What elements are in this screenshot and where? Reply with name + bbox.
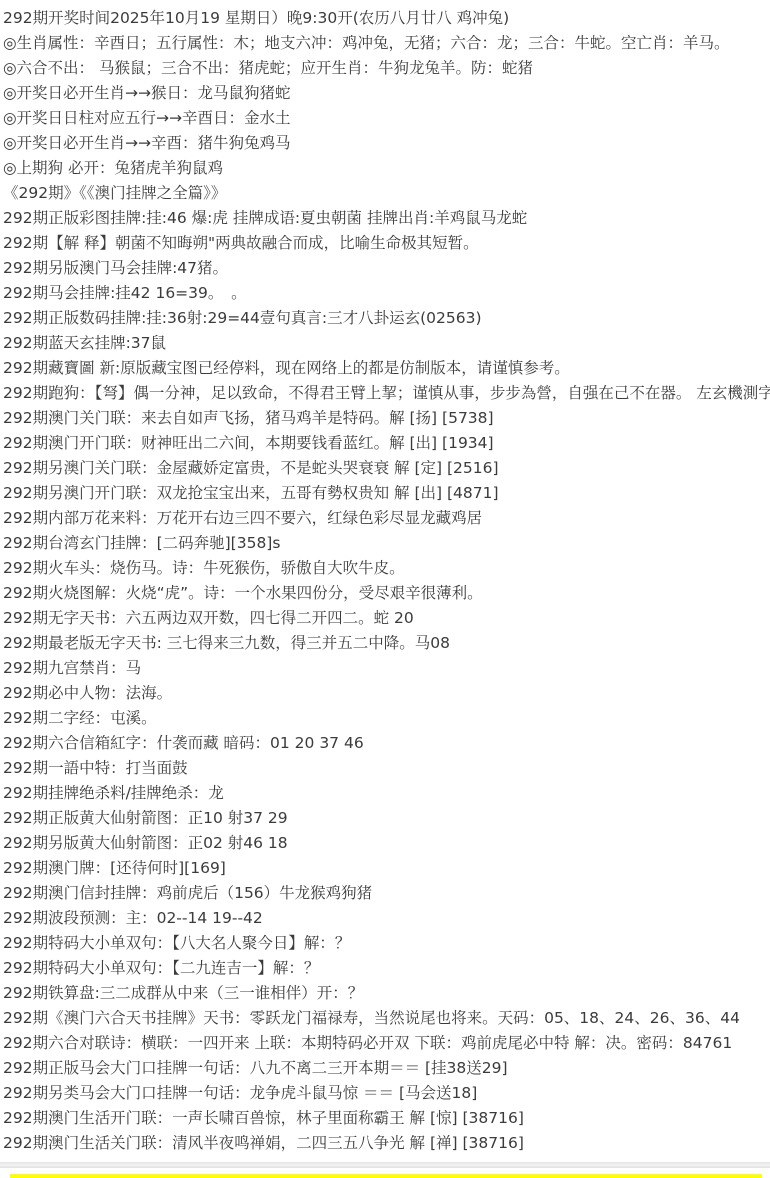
text-line: 《292期》《《澳门挂牌之全篇》》 xyxy=(3,181,770,206)
text-line: 292期另类马会大门口挂牌一句话：龙争虎斗鼠马惊 ＝＝ [马会送18] xyxy=(3,1081,770,1106)
text-line: ◎开奖日必开生肖→→猴日：龙马鼠狗猪蛇 xyxy=(3,81,770,106)
text-line: 292期【解 释】朝菌不知晦朔"两典故融合而成，比喻生命极其短暂。 xyxy=(3,231,770,256)
text-line: 292期波段预测：主：02--14 19--42 xyxy=(3,906,770,931)
text-line: 292期铁算盘:三二成群从中来（三一谁相伴）开：？ xyxy=(3,981,770,1006)
text-line: 292期无字天书：六五两边双开数，四七得二开四二。蛇 20 xyxy=(3,606,770,631)
text-line: 292期《澳门六合天书挂牌》天书：零跃龙门福禄寿，当然说尾也将来。天码：05、1… xyxy=(3,1006,770,1031)
text-line: 292期马会挂牌:挂42 16=39。 。 xyxy=(3,281,770,306)
text-line: 292期火烧图解：火烧“虎”。诗：一个水果四份分，受尽艰辛很薄利。 xyxy=(3,581,770,606)
bottom-highlight-bar xyxy=(10,1174,762,1178)
text-line: ◎开奖日日柱对应五行→→辛酉日：金水土 xyxy=(3,106,770,131)
text-line: 292期台湾玄门挂牌：[二码奔驰][358]s xyxy=(3,531,770,556)
text-line: 292期正版黄大仙射箭图：正10 射37 29 xyxy=(3,806,770,831)
text-line: 292期二字经：屯溪。 xyxy=(3,706,770,731)
text-line: 292期另版黄大仙射箭图：正02 射46 18 xyxy=(3,831,770,856)
text-line: 292期特码大小单双句：【二九连吉一】解：？ xyxy=(3,956,770,981)
text-line: 292期另澳门关门联：金屋藏娇定富贵，不是蛇头哭衰衰 解 [定] [2516] xyxy=(3,456,770,481)
text-line: 292期澳门牌：[还待何时][169] xyxy=(3,856,770,881)
text-line: 292期最老版无字天书: 三七得来三九数，得三并五二中降。马08 xyxy=(3,631,770,656)
text-line: 292期特码大小单双句：【八大名人聚今日】解：？ xyxy=(3,931,770,956)
text-line: 292期另版澳门马会挂牌:47猪。 xyxy=(3,256,770,281)
text-line: 292期正版彩图挂牌:挂:46 爆:虎 挂牌成语:夏虫朝菌 挂牌出肖:羊鸡鼠马龙… xyxy=(3,206,770,231)
page: { "page": { "title": "292期澳门挂牌之全篇", "tex… xyxy=(0,0,770,1178)
text-line: 292期蓝天玄挂牌:37鼠 xyxy=(3,331,770,356)
text-line: ◎生肖属性：辛酉日；五行属性：木；地支六冲：鸡冲兔，无猪；六合：龙；三合：牛蛇。… xyxy=(3,31,770,56)
text-line: 292期六合信箱紅字：什袭而藏 暗码：01 20 37 46 xyxy=(3,731,770,756)
text-line: ◎开奖日必开生肖→→辛酉：猪牛狗兔鸡马 xyxy=(3,131,770,156)
text-content: 292期开奖时间2025年10月19 星期日）晚9:30开(农历八月廿八 鸡冲兔… xyxy=(0,0,770,1156)
text-line: 292期澳门信封挂牌：鸡前虎后（156）牛龙猴鸡狗猪 xyxy=(3,881,770,906)
text-line: 292期澳门生活开门联：一声长啸百兽惊，林子里面称霸王 解 [惊] [38716… xyxy=(3,1106,770,1131)
text-line: 292期内部万花来料：万花开右边三四不要六，红绿色彩尽显龙藏鸡居 xyxy=(3,506,770,531)
text-line: 292期开奖时间2025年10月19 星期日）晚9:30开(农历八月廿八 鸡冲兔… xyxy=(3,6,770,31)
text-line: 292期六合对联诗：横联：一四开来 上联：本期特码必开双 下联：鸡前虎尾必中特 … xyxy=(3,1031,770,1056)
text-line: 292期澳门关门联：来去自如声飞扬，猪马鸡羊是特码。解 [扬] [5738] xyxy=(3,406,770,431)
text-line: 292期正版数码挂牌:挂:36射:29=44壹句真言:三才八卦运玄(02563) xyxy=(3,306,770,331)
text-line: 292期另澳门开门联：双龙抢宝宝出来，五哥有勢权贵知 解 [出] [4871] xyxy=(3,481,770,506)
text-line: 292期澳门开门联：财神旺出二六间，本期要钱看蓝红。解 [出] [1934] xyxy=(3,431,770,456)
text-line: 292期正版马会大门口挂牌一句话：八九不离二三开本期＝＝ [挂38送29] xyxy=(3,1056,770,1081)
text-line: 292期跑狗：【弩】偶一分神，足以致命，不得君王臂上挈；谨慎从事，步步為營，自强… xyxy=(3,381,770,406)
footer-divider xyxy=(0,1162,770,1168)
text-line: 292期火车头：烧伤马。诗：牛死猴伤，骄傲自大吹牛皮。 xyxy=(3,556,770,581)
text-line: ◎上期狗 必开：兔猪虎羊狗鼠鸡 xyxy=(3,156,770,181)
text-line: 292期挂牌绝杀料/挂牌绝杀：龙 xyxy=(3,781,770,806)
text-line: 292期必中人物：法海。 xyxy=(3,681,770,706)
text-line: 292期九宫禁肖：马 xyxy=(3,656,770,681)
text-line: 292期一語中特：打当面鼓 xyxy=(3,756,770,781)
text-line: ◎六合不出： 马猴鼠；三合不出：猪虎蛇；应开生肖：牛狗龙兔羊。防：蛇猪 xyxy=(3,56,770,81)
text-line: 292期藏寶圖 新:原版藏宝图已经停料，现在网络上的都是仿制版本，请谨慎参考。 xyxy=(3,356,770,381)
text-line: 292期澳门生活关门联：清风半夜鸣禅娟，二四三五八争光 解 [禅] [38716… xyxy=(3,1131,770,1156)
